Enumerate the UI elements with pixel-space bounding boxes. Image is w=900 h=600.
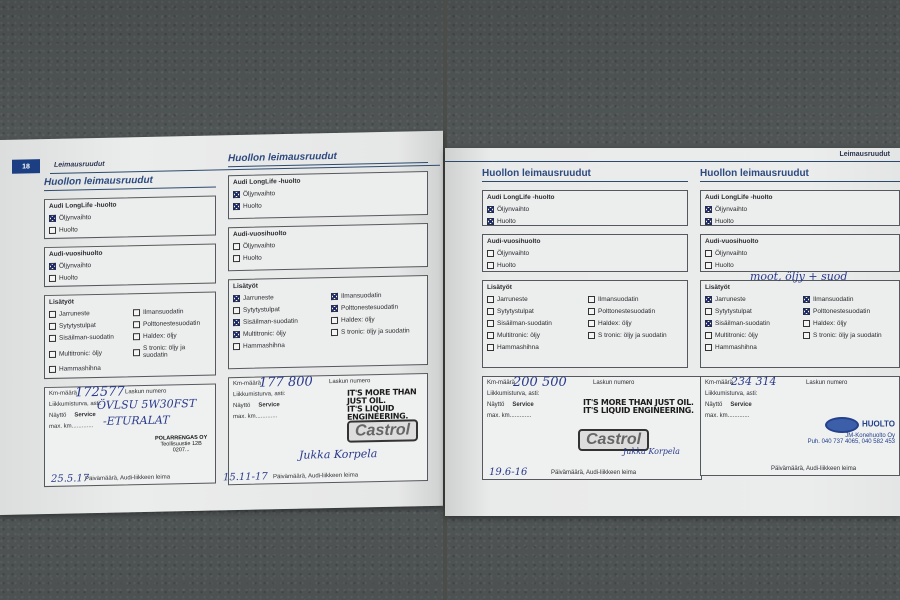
checkbox-row[interactable]: Huolto xyxy=(487,262,683,269)
checkbox[interactable] xyxy=(487,344,494,351)
checkbox-row[interactable]: Sisäilman-suodatin xyxy=(233,317,325,326)
checkbox-label: Huolto xyxy=(243,255,262,262)
checkbox-row[interactable]: Öljynvaihto xyxy=(49,212,211,222)
checkbox-label: Sytytystulpat xyxy=(59,322,96,330)
invoice-label: Laskun numero xyxy=(125,389,166,396)
checkbox-row[interactable]: Haldex: öljy xyxy=(588,320,683,327)
checkbox-label: Huolto xyxy=(715,262,734,269)
signature: Jukka Korpela xyxy=(623,447,680,456)
annual-title: Audi-vuosihuolto xyxy=(705,238,895,245)
checkbox-row[interactable]: Polttonestesuodatin xyxy=(133,320,211,329)
checkbox-label: Sytytystulpat xyxy=(497,308,534,315)
checkbox-label: Haldex: öljy xyxy=(341,316,375,324)
checkbox-label: Polttonestesuodatin xyxy=(341,304,398,312)
checkbox-row[interactable]: Öljynvaihto xyxy=(487,206,683,213)
checkbox-label: Öljynvaihto xyxy=(497,250,529,257)
checkbox-label: Huolto xyxy=(243,203,262,210)
checkbox-label: Ilmansuodatin xyxy=(813,296,853,303)
right-page: Leimausruudut Huollon leimausruudut Audi… xyxy=(445,148,900,516)
warranty-label: Liikkumisturva, asti: xyxy=(49,401,101,408)
extras-title: Lisätyöt xyxy=(705,284,895,291)
checkbox-label: Hammashihna xyxy=(497,344,539,351)
extras-box: Lisätyöt Jarruneste Ilmansuodatin Sytyty… xyxy=(700,280,900,368)
date-label: Päivämäärä, Audi-liikkeen leima xyxy=(273,473,358,481)
checkbox-checked[interactable] xyxy=(49,215,56,222)
checkbox-label: Hammashihna xyxy=(715,344,757,351)
checkbox-label: S tronic: öljy ja suodatin xyxy=(813,332,882,339)
checkbox-row[interactable]: Sytytystulpat xyxy=(705,308,797,315)
checkbox-checked[interactable] xyxy=(705,218,712,225)
mileage-record-box: Km-määrä 234 314 Laskun numero Liikkumis… xyxy=(700,376,900,476)
checkbox-row[interactable]: Polttonestesuodatin xyxy=(331,303,423,312)
checkbox[interactable] xyxy=(588,296,595,303)
checkbox-label: Huolto xyxy=(497,262,516,269)
checkbox-label: Jarruneste xyxy=(243,294,274,302)
checkbox[interactable] xyxy=(233,255,240,262)
checkbox[interactable] xyxy=(49,366,56,373)
checkbox-checked[interactable] xyxy=(233,331,240,338)
handwritten-note: ÖVLSU 5W30FST xyxy=(97,397,196,412)
extras-box: Lisätyöt Jarruneste Ilmansuodatin Sytyty… xyxy=(44,291,216,379)
invoice-label: Laskun numero xyxy=(329,378,370,385)
checkbox-label: Jarruneste xyxy=(497,296,528,303)
km-value-handwritten: 200 500 xyxy=(513,375,567,390)
checkbox-row[interactable]: S tronic: öljy ja suodatin xyxy=(133,344,211,360)
huolto-logo-icon xyxy=(825,417,859,433)
checkbox-checked[interactable] xyxy=(705,206,712,213)
checkbox-label: Sisäilman-suodatin xyxy=(715,320,770,327)
checkbox-label: S tronic: öljy ja suodatin xyxy=(598,332,667,339)
running-head: Leimausruudut xyxy=(839,151,890,158)
section-title: Huollon leimausruudut xyxy=(228,149,428,167)
page-number-tab: 18 xyxy=(12,159,40,174)
checkbox-row[interactable]: Sytytystulpat xyxy=(49,321,127,330)
left-page: 18 Leimausruudut Huollon leimausruudut A… xyxy=(0,131,443,515)
display-label: Näyttö xyxy=(49,413,66,419)
checkbox-label: Öljynvaihto xyxy=(59,262,91,270)
running-head: Leimausruudut xyxy=(54,161,105,169)
km-label: Km-määrä xyxy=(233,381,261,388)
longlife-box: Audi LongLife -huolto Öljynvaihto Huolto xyxy=(482,190,688,226)
checkbox-row[interactable]: Ilmansuodatin xyxy=(331,291,423,300)
longlife-title: Audi LongLife -huolto xyxy=(487,194,683,201)
checkbox-row[interactable]: Haldex: öljy xyxy=(803,320,895,327)
checkbox[interactable] xyxy=(705,262,712,269)
checkbox[interactable] xyxy=(133,321,140,328)
checkbox-label: Ilmansuodatin xyxy=(143,308,183,316)
checkbox-row[interactable]: Jarruneste xyxy=(705,296,797,303)
checkbox-label: Sisäilman-suodatin xyxy=(243,318,298,326)
checkbox[interactable] xyxy=(49,311,56,318)
checkbox[interactable] xyxy=(133,333,140,340)
extras-grid: Jarruneste Ilmansuodatin Sytytystulpat P… xyxy=(233,291,423,355)
checkbox-label: Haldex: öljy xyxy=(813,320,847,327)
annual-title: Audi-vuosihuolto xyxy=(487,238,683,245)
extras-title: Lisätyöt xyxy=(49,296,211,306)
checkbox-checked[interactable] xyxy=(331,293,338,300)
service-column-2: Huollon leimausruudut Audi LongLife -huo… xyxy=(228,149,428,485)
date-label: Päivämäärä, Audi-liikkeen leima xyxy=(551,470,636,476)
warranty-label: Liikkumisturva, asti: xyxy=(705,391,757,397)
checkbox[interactable] xyxy=(49,323,56,330)
checkbox[interactable] xyxy=(803,320,810,327)
annual-box: Audi-vuosihuolto Öljynvaihto Huolto xyxy=(44,243,216,287)
checkbox-row[interactable]: Öljynvaihto xyxy=(233,239,423,250)
date-label: Päivämäärä, Audi-liikkeen leima xyxy=(771,466,856,472)
checkbox-row[interactable]: Huolto xyxy=(233,251,423,262)
service-column-4: Huollon leimausruudut Audi LongLife -huo… xyxy=(700,168,900,476)
longlife-box: Audi LongLife -huolto Öljynvaihto Huolto xyxy=(44,195,216,239)
extras-box: Lisätyöt Jarruneste Ilmansuodatin Sytyty… xyxy=(228,275,428,369)
castrol-logo: Castrol xyxy=(347,419,418,442)
checkbox-row[interactable]: Hammashihna xyxy=(487,344,582,351)
date-handwritten: 15.11-17 xyxy=(223,471,268,483)
checkbox[interactable] xyxy=(331,317,338,324)
checkbox-row[interactable]: Sisäilman-suodatin xyxy=(705,320,797,327)
longlife-box: Audi LongLife -huolto Öljynvaihto Huolto xyxy=(228,171,428,219)
km-label: Km-määrä xyxy=(705,380,733,386)
annual-title: Audi-vuosihuolto xyxy=(233,227,423,238)
display-label: Näyttö xyxy=(705,402,722,408)
extras-grid: Jarruneste Ilmansuodatin Sytytystulpat P… xyxy=(49,308,211,378)
checkbox-row[interactable]: Öljynvaihto xyxy=(705,206,895,213)
checkbox-row[interactable]: Huolto xyxy=(233,199,423,210)
checkbox-row[interactable]: Multitronic: öljy xyxy=(705,332,797,339)
checkbox-label: Polttonestesuodatin xyxy=(143,320,200,328)
checkbox-checked[interactable] xyxy=(331,305,338,312)
display-value: Service xyxy=(74,412,95,418)
handwritten-note: moot, öljy + suod xyxy=(750,270,847,283)
display-value: Service xyxy=(512,402,533,408)
max-km-label: max. km............. xyxy=(705,413,749,419)
checkbox-label: Sisäilman-suodatin xyxy=(59,334,114,342)
display-label: Näyttö xyxy=(487,402,504,408)
castrol-slogan: IT'S MORE THAN JUST OIL. IT'S LIQUID ENG… xyxy=(347,388,427,422)
max-km-label: max. km............. xyxy=(487,413,531,419)
checkbox-label: Ilmansuodatin xyxy=(598,296,638,303)
checkbox-row[interactable]: Öljynvaihto xyxy=(487,250,683,257)
checkbox[interactable] xyxy=(487,296,494,303)
checkbox-label: Huolto xyxy=(715,218,734,225)
checkbox[interactable] xyxy=(233,243,240,250)
checkbox-label: Haldex: öljy xyxy=(143,332,177,340)
checkbox-label: Haldex: öljy xyxy=(598,320,632,327)
checkbox[interactable] xyxy=(487,320,494,327)
checkbox-row[interactable]: Polttonestesuodatin xyxy=(803,308,895,315)
dealer-stamp: POLARRENGAS OY Teollisuustie 12B 0207... xyxy=(155,435,207,454)
checkbox[interactable] xyxy=(705,344,712,351)
section-title: Huollon leimausruudut xyxy=(44,173,216,191)
checkbox-label: Huolto xyxy=(59,274,78,281)
checkbox-label: S tronic: öljy ja suodatin xyxy=(341,327,410,335)
max-km-label: max. km............. xyxy=(233,413,277,420)
checkbox-label: Polttonestesuodatin xyxy=(813,308,870,315)
checkbox-row[interactable]: Sytytystulpat xyxy=(233,305,325,314)
checkbox-row[interactable]: Multitronic: öljy xyxy=(233,329,325,338)
checkbox-row[interactable]: S tronic: öljy ja suodatin xyxy=(588,332,683,339)
km-value-handwritten: 234 314 xyxy=(731,375,777,388)
checkbox-label: Huolto xyxy=(59,226,78,233)
checkbox-row[interactable]: Huolto xyxy=(49,224,211,234)
km-label: Km-määrä xyxy=(49,390,77,397)
checkbox[interactable] xyxy=(705,332,712,339)
checkbox-label: Sytytystulpat xyxy=(243,306,280,314)
checkbox-label: Öljynvaihto xyxy=(715,206,747,213)
service-column-3: Huollon leimausruudut Audi LongLife -huo… xyxy=(482,168,688,480)
invoice-label: Laskun numero xyxy=(593,380,634,386)
checkbox[interactable] xyxy=(133,309,140,316)
checkbox[interactable] xyxy=(331,329,338,336)
checkbox-row[interactable]: Ilmansuodatin xyxy=(133,308,211,317)
checkbox-label: Jarruneste xyxy=(715,296,746,303)
mileage-record-box: Km-määrä 177 800 Laskun numero Liikkumis… xyxy=(228,373,428,485)
checkbox-label: Multitronic: öljy xyxy=(715,332,758,339)
checkbox-row[interactable]: Sisäilman-suodatin xyxy=(49,333,127,342)
checkbox-row[interactable]: Öljynvaihto xyxy=(705,250,895,257)
extras-box: Lisätyöt Jarruneste Ilmansuodatin Sytyty… xyxy=(482,280,688,368)
section-title: Huollon leimausruudut xyxy=(482,168,688,182)
checkbox-row[interactable]: Öljynvaihto xyxy=(233,187,423,198)
checkbox[interactable] xyxy=(803,332,810,339)
checkbox[interactable] xyxy=(49,350,56,357)
checkbox-checked[interactable] xyxy=(49,263,56,270)
checkbox-row[interactable]: Hammashihna xyxy=(705,344,797,351)
checkbox-checked[interactable] xyxy=(803,296,810,303)
checkbox[interactable] xyxy=(705,250,712,257)
checkbox-checked[interactable] xyxy=(705,296,712,303)
checkbox[interactable] xyxy=(487,262,494,269)
display-value: Service xyxy=(258,402,279,408)
checkbox[interactable] xyxy=(233,343,240,350)
checkbox-row[interactable]: Jarruneste xyxy=(49,309,127,318)
checkbox-label: S tronic: öljy ja suodatin xyxy=(143,344,211,359)
max-km-label: max. km............. xyxy=(49,423,93,430)
checkbox-row[interactable]: Öljynvaihto xyxy=(49,260,211,270)
checkbox-row[interactable]: S tronic: öljy ja suodatin xyxy=(803,332,895,339)
checkbox-row[interactable]: S tronic: öljy ja suodatin xyxy=(331,327,423,336)
annual-box: Audi-vuosihuolto Öljynvaihto Huolto xyxy=(482,234,688,272)
longlife-title: Audi LongLife -huolto xyxy=(233,175,423,186)
checkbox-label: Ilmansuodatin xyxy=(341,292,381,300)
checkbox[interactable] xyxy=(49,335,56,342)
checkbox-label: Jarruneste xyxy=(59,310,90,318)
annual-title: Audi-vuosihuolto xyxy=(49,248,211,258)
invoice-label: Laskun numero xyxy=(806,380,847,386)
checkbox-row[interactable]: Huolto xyxy=(705,262,895,269)
checkbox[interactable] xyxy=(49,275,56,282)
checkbox[interactable] xyxy=(588,332,595,339)
extras-grid: Jarruneste Ilmansuodatin Sytytystulpat P… xyxy=(705,296,895,356)
stamp-phone: Puh. 040 737 4065, 040 582 453 xyxy=(808,439,895,445)
extras-grid: Jarruneste Ilmansuodatin Sytytystulpat P… xyxy=(487,296,683,356)
stamp-brand: HUOLTO xyxy=(862,420,895,429)
checkbox-row[interactable]: Hammashihna xyxy=(49,364,127,373)
service-column-1: Huollon leimausruudut Audi LongLife -huo… xyxy=(44,173,216,487)
checkbox-label: Hammashihna xyxy=(59,365,101,373)
castrol-slogan: IT'S MORE THAN JUST OIL. IT'S LIQUID ENG… xyxy=(583,399,694,415)
checkbox-label: Öljynvaihto xyxy=(715,250,747,257)
warranty-label: Liikkumisturva, asti: xyxy=(487,391,539,397)
checkbox-checked[interactable] xyxy=(233,319,240,326)
checkbox[interactable] xyxy=(233,307,240,314)
checkbox-label: Huolto xyxy=(497,218,516,225)
checkbox-row[interactable]: Hammashihna xyxy=(233,341,325,350)
checkbox-label: Öljynvaihto xyxy=(497,206,529,213)
checkbox-row[interactable]: Sisäilman-suodatin xyxy=(487,320,582,327)
checkbox-row[interactable]: Ilmansuodatin xyxy=(803,296,895,303)
checkbox[interactable] xyxy=(588,320,595,327)
checkbox-row[interactable]: Haldex: öljy xyxy=(133,332,211,341)
display-label: Näyttö xyxy=(233,403,250,409)
warranty-label: Liikkumisturva, asti: xyxy=(233,391,285,398)
checkbox-label: Hammashihna xyxy=(243,342,285,350)
km-value-handwritten: 177 800 xyxy=(259,374,313,390)
checkbox-row[interactable]: Huolto xyxy=(487,218,683,225)
checkbox-row[interactable]: Multitronic: öljy xyxy=(487,332,582,339)
slogan-line: IT'S LIQUID ENGINEERING. xyxy=(583,407,694,415)
handwritten-note: -ETURALAT xyxy=(103,413,170,427)
display-value: Service xyxy=(730,402,751,408)
mileage-record-box: Km-määrä 200 500 Laskun numero Liikkumis… xyxy=(482,376,702,480)
checkbox-row[interactable]: Huolto xyxy=(49,272,211,282)
checkbox-row[interactable]: Ilmansuodatin xyxy=(588,296,683,303)
checkbox-label: Multitronic: öljy xyxy=(59,349,102,357)
signature: Jukka Korpela xyxy=(299,447,377,462)
checkbox-label: Polttonestesuodatin xyxy=(598,308,655,315)
checkbox-row[interactable]: Jarruneste xyxy=(233,293,325,302)
longlife-box: Audi LongLife -huolto Öljynvaihto Huolto xyxy=(700,190,900,226)
checkbox-checked[interactable] xyxy=(705,320,712,327)
checkbox-label: Multitronic: öljy xyxy=(497,332,540,339)
date-handwritten: 25.5.17 xyxy=(51,473,89,485)
checkbox-label: Öljynvaihto xyxy=(243,190,275,198)
section-title: Huollon leimausruudut xyxy=(700,168,900,182)
checkbox[interactable] xyxy=(487,332,494,339)
mileage-record-box: Km-määrä 172577 Laskun numero Liikkumist… xyxy=(44,383,216,487)
checkbox-label: Sisäilman-suodatin xyxy=(497,320,552,327)
checkbox-row[interactable]: Polttonestesuodatin xyxy=(588,308,683,315)
checkbox[interactable] xyxy=(487,250,494,257)
checkbox-checked[interactable] xyxy=(233,191,240,198)
dealer-phone: 0207... xyxy=(155,447,207,454)
checkbox[interactable] xyxy=(487,308,494,315)
checkbox-label: Öljynvaihto xyxy=(243,242,275,250)
checkbox-row[interactable]: Sytytystulpat xyxy=(487,308,582,315)
checkbox-checked[interactable] xyxy=(233,203,240,210)
checkbox-row[interactable]: Huolto xyxy=(705,218,895,225)
checkbox-checked[interactable] xyxy=(803,308,810,315)
checkbox-label: Multitronic: öljy xyxy=(243,330,286,338)
km-label: Km-määrä xyxy=(487,380,515,386)
annual-box: Audi-vuosihuolto Öljynvaihto Huolto xyxy=(700,234,900,272)
checkbox-label: Öljynvaihto xyxy=(59,214,91,222)
extras-title: Lisätyöt xyxy=(233,279,423,290)
longlife-title: Audi LongLife -huolto xyxy=(705,194,895,201)
longlife-title: Audi LongLife -huolto xyxy=(49,200,211,210)
extras-title: Lisätyöt xyxy=(487,284,683,291)
checkbox[interactable] xyxy=(705,308,712,315)
huolto-stamp: HUOLTO JM-Konehuolto Oy Puh. 040 737 406… xyxy=(808,417,895,445)
header-rule xyxy=(445,161,900,162)
checkbox-label: Sytytystulpat xyxy=(715,308,752,315)
date-handwritten: 19.6-16 xyxy=(489,467,527,478)
checkbox-checked[interactable] xyxy=(487,218,494,225)
date-label: Päivämäärä, Audi-liikkeen leima xyxy=(85,474,170,482)
checkbox[interactable] xyxy=(49,227,56,234)
checkbox-checked[interactable] xyxy=(487,206,494,213)
checkbox-checked[interactable] xyxy=(233,295,240,302)
checkbox-row[interactable]: Multitronic: öljy xyxy=(49,345,127,361)
checkbox[interactable] xyxy=(133,349,140,356)
annual-box: Audi-vuosihuolto Öljynvaihto Huolto xyxy=(228,223,428,271)
checkbox-row[interactable]: Jarruneste xyxy=(487,296,582,303)
checkbox[interactable] xyxy=(588,308,595,315)
checkbox-row[interactable]: Haldex: öljy xyxy=(331,315,423,324)
